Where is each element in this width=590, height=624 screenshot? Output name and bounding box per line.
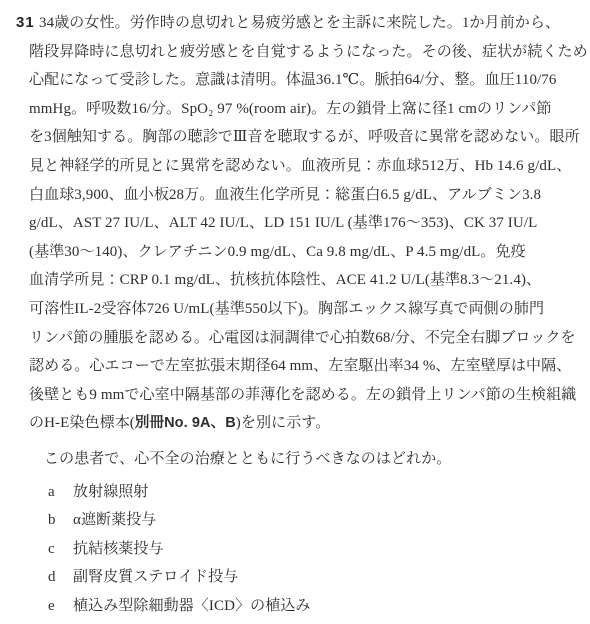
option-text: α遮断薬投与 bbox=[73, 512, 156, 528]
specimen-text-post: )を別に示す。 bbox=[236, 415, 331, 431]
question-body-line: 34歳の女性。労作時の息切れと易疲労感とを主訴に来院した。1か月前から、 bbox=[39, 15, 560, 31]
option-row-d: d副腎皮質ステロイド投与 bbox=[0, 563, 590, 592]
question-body-line: 階段昇降時に息切れと疲労感とを自覚するようになった。その後、症状が続くため bbox=[0, 38, 590, 67]
option-row-c: c抗結核薬投与 bbox=[0, 535, 590, 564]
option-letter: d bbox=[48, 563, 73, 592]
question-body-line: g/dL、AST 27 IU/L、ALT 42 IU/L、LD 151 IU/L… bbox=[0, 209, 590, 238]
option-row-e: e植込み型除細動器〈ICD〉の植込み bbox=[0, 592, 590, 621]
option-row-a: a放射線照射 bbox=[0, 478, 590, 507]
question-body-line: 血清学所見：CRP 0.1 mg/dL、抗核抗体陰性、ACE 41.2 U/L(… bbox=[0, 266, 590, 295]
question-body-line: 後壁とも9 mmで心室中隔基部の菲薄化を認める。左の鎖骨上リンパ節の生検組織 bbox=[0, 381, 590, 410]
question-body-line: 心配になって受診した。意識は清明。体温36.1℃。脈拍64/分、整。血圧110/… bbox=[0, 66, 590, 95]
question-body-line: mmHg。呼吸数16/分。SpO₂ 97 %(room air)。左の鎖骨上窩に… bbox=[0, 95, 590, 124]
answer-options-list: a放射線照射 bα遮断薬投与 c抗結核薬投与 d副腎皮質ステロイド投与 e植込み… bbox=[0, 478, 590, 621]
booklet-reference: 別冊No. 9A、B bbox=[135, 415, 236, 431]
question-number: 31 bbox=[16, 9, 35, 38]
exam-question-page: 31 34歳の女性。労作時の息切れと易疲労感とを主訴に来院した。1か月前から、 … bbox=[0, 0, 590, 624]
specimen-text-pre: のH-E染色標本( bbox=[29, 415, 135, 431]
question-body-line: 見と神経学的所見とに異常を認めない。血液所見：赤血球512万、Hb 14.6 g… bbox=[0, 152, 590, 181]
option-text: 植込み型除細動器〈ICD〉の植込み bbox=[73, 598, 311, 614]
question-body-line: を3個触知する。胸部の聴診でⅢ音を聴取するが、呼吸音に異常を認めない。眼所 bbox=[0, 123, 590, 152]
question-prompt: この患者で、心不全の治療とともに行うべきなのはどれか。 bbox=[0, 445, 590, 474]
option-letter: a bbox=[48, 478, 73, 507]
question-body-line: 白血球3,900、血小板28万。血液生化学所見：総蛋白6.5 g/dL、アルブミ… bbox=[0, 181, 590, 210]
option-letter: c bbox=[48, 535, 73, 564]
question-body-line: 認める。心エコーで左室拡張末期径64 mm、左室駆出率34 %、左室壁厚は中隔、 bbox=[0, 352, 590, 381]
question-body-line: 可溶性IL-2受容体726 U/mL(基準550以下)。胸部エックス線写真で両側… bbox=[0, 295, 590, 324]
question-body-line: (基準30～140)、クレアチニン0.9 mg/dL、Ca 9.8 mg/dL、… bbox=[0, 238, 590, 267]
question-first-line: 31 34歳の女性。労作時の息切れと易疲労感とを主訴に来院した。1か月前から、 bbox=[0, 9, 590, 38]
option-letter: e bbox=[48, 592, 73, 621]
option-text: 放射線照射 bbox=[73, 484, 149, 500]
option-row-b: bα遮断薬投与 bbox=[0, 506, 590, 535]
option-letter: b bbox=[48, 506, 73, 535]
option-text: 抗結核薬投与 bbox=[73, 541, 164, 557]
question-body-line: リンパ節の腫脹を認める。心電図は洞調律で心拍数68/分、不完全右脚ブロックを bbox=[0, 324, 590, 353]
option-text: 副腎皮質ステロイド投与 bbox=[73, 569, 238, 585]
question-body-last-line: のH-E染色標本(別冊No. 9A、B)を別に示す。 bbox=[0, 409, 590, 438]
